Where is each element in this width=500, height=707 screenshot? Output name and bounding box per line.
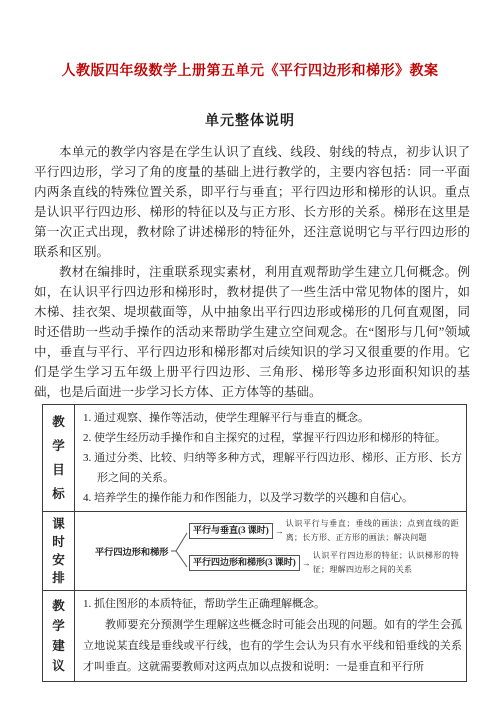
advice-item-1: 1. 抓住图形的本质特征，帮助学生正确理解概念。	[83, 594, 462, 615]
intro-text: 本单元的教学内容是在学生认识了直线、线段、射线的特点，初步认识了平行四边形，学习…	[34, 142, 470, 402]
diagram-branch-2: 平行四边形和梯形(3 课时) → 认识平行四边形的特征；认识梯形的特征；理解四边…	[189, 549, 459, 577]
goal-item-3: 3. 通过分类、比较、归纳等多种方式，理解平行四边形、梯形、正方形、长方形之间的…	[83, 448, 462, 488]
teaching-advice-content: 1. 抓住图形的本质特征，帮助学生正确理解概念。 教师要充分预测学生理解这些概念…	[75, 591, 467, 682]
diagram-branch-1: 平行与垂直(3 课时) → 认识平行与垂直；垂线的画法；点到直线的距离；长方形、…	[189, 517, 459, 545]
row-header-cell-teaching-advice: 教学建议	[43, 591, 75, 682]
schedule-diagram: 平行四边形和梯形 平行与垂直(3 课时) → 认识平行与垂直；垂线的画法；点到直…	[83, 515, 462, 587]
unit-overview-table: 教学目标 1. 通过观察、操作等活动，使学生理解平行与垂直的概念。 2. 使学生…	[42, 404, 467, 682]
row-header-cell-teaching-goals: 教学目标	[43, 405, 75, 512]
goal-item-1: 1. 通过观察、操作等活动，使学生理解平行与垂直的概念。	[83, 408, 462, 428]
table-row-lesson-schedule: 课时安排 平行四边形和梯形 平行与垂直(3 课时) → 认识平行与垂直；垂线的画…	[43, 512, 467, 591]
table-row-teaching-goals: 教学目标 1. 通过观察、操作等活动，使学生理解平行与垂直的概念。 2. 使学生…	[43, 405, 467, 512]
branch-2-description: 认识平行四边形的特征；认识梯形的特征；理解四边形之间的关系	[313, 549, 459, 577]
document-title: 人教版四年级数学上册第五单元《平行四边形和梯形》教案	[10, 60, 490, 80]
row-header-teaching-advice: 教学建议	[52, 596, 65, 676]
arrow-right-icon: →	[273, 526, 286, 536]
advice-paragraph: 教师要充分预测学生理解这些概念时可能会出现的问题。如有的学生会孤立地说某直线是垂…	[83, 615, 462, 678]
teaching-goals-content: 1. 通过观察、操作等活动，使学生理解平行与垂直的概念。 2. 使学生经历动手操…	[75, 405, 467, 512]
branch-2-box: 平行四边形和梯形(3 课时)	[189, 555, 300, 570]
section-heading: 单元整体说明	[0, 110, 500, 130]
branch-1-description: 认识平行与垂直；垂线的画法；点到直线的距离；长方形、正方形的画法；解决问题	[286, 517, 459, 545]
lesson-schedule-content: 平行四边形和梯形 平行与垂直(3 课时) → 认识平行与垂直；垂线的画法；点到直…	[75, 512, 467, 591]
tree-connector-icon	[171, 520, 189, 582]
goal-item-2: 2. 使学生经历动手操作和自主探究的过程，掌握平行四边形和梯形的特征。	[83, 428, 462, 448]
branch-1-box: 平行与垂直(3 课时)	[189, 523, 273, 538]
row-header-teaching-goals: 教学目标	[52, 410, 65, 506]
document-page: 人教版四年级数学上册第五单元《平行四边形和梯形》教案 单元整体说明 本单元的教学…	[0, 0, 500, 707]
intro-paragraph-2: 教材在编排时，注重联系现实素材，利用直观帮助学生建立几何概念。例如，在认识平行四…	[34, 262, 470, 402]
diagram-root-label: 平行四边形和梯形	[95, 544, 169, 558]
row-header-cell-lesson-schedule: 课时安排	[43, 512, 75, 591]
intro-paragraph-1: 本单元的教学内容是在学生认识了直线、线段、射线的特点，初步认识了平行四边形，学习…	[34, 142, 470, 262]
table-row-teaching-advice: 教学建议 1. 抓住图形的本质特征，帮助学生正确理解概念。 教师要充分预测学生理…	[43, 591, 467, 682]
arrow-right-icon: →	[300, 558, 313, 568]
goal-item-4: 4. 培养学生的操作能力和作图能力，以及学习数学的兴趣和自信心。	[83, 488, 462, 508]
row-header-lesson-schedule: 课时安排	[52, 515, 65, 587]
